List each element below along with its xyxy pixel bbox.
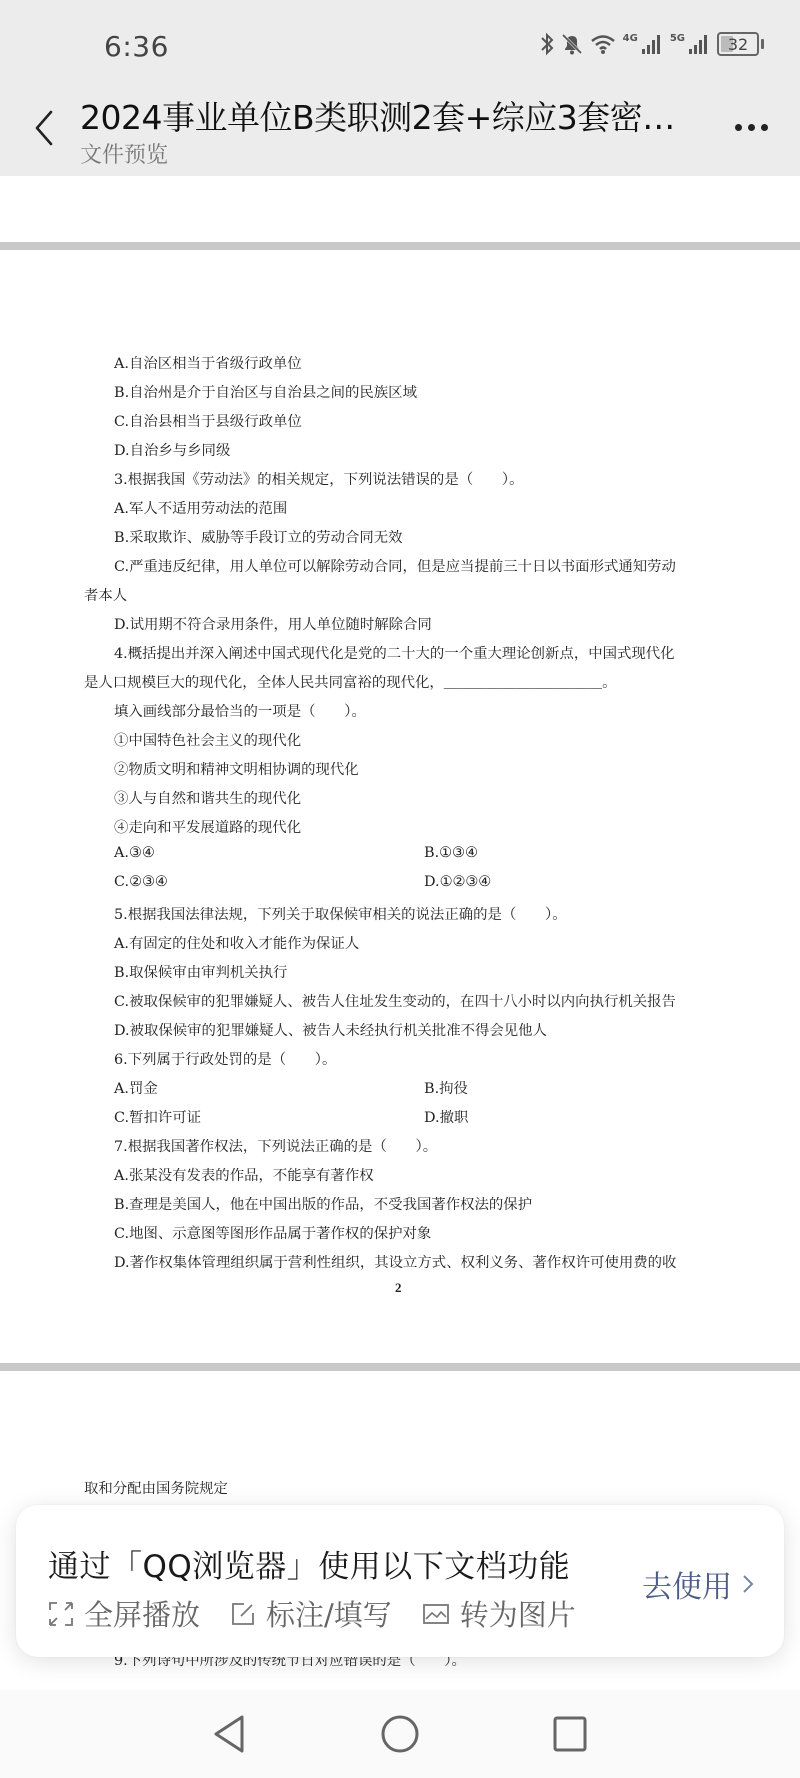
more-dot [761, 124, 768, 131]
document-line: B.①③④ [424, 845, 478, 861]
back-button[interactable] [24, 104, 64, 152]
document-line: A.军人不适用劳动法的范围 [114, 497, 287, 518]
document-line: C.被取保候审的犯罪嫌疑人、被告人住址发生变动的，在四十八小时以内向执行机关报告 [114, 990, 676, 1011]
document-line: D.著作权集体管理组织属于营利性组织，其设立方式、权利义务、著作权许可使用费的收 [114, 1251, 676, 1272]
chevron-left-icon [33, 109, 55, 147]
signal-4g-icon [641, 33, 663, 55]
page-separator [0, 242, 800, 250]
document-line: A.自治区相当于省级行政单位 [114, 352, 302, 373]
chevron-right-icon [742, 1574, 754, 1594]
more-horizontal-icon [735, 124, 742, 131]
battery-level: 32 [728, 35, 748, 54]
document-line: B.拘役 [424, 1077, 468, 1098]
document-line: B.查理是美国人，他在中国出版的作品，不受我国著作权法的保护 [114, 1193, 532, 1214]
document-line: 取和分配由国务院规定 [84, 1477, 228, 1498]
document-line: D.①②③④ [424, 874, 491, 890]
page-number: 2 [395, 1280, 402, 1296]
system-nav-bar [0, 1690, 800, 1778]
document-line: 7.根据我国著作权法，下列说法正确的是（ ）。 [114, 1135, 437, 1156]
document-line: D.自治乡与乡同级 [114, 439, 230, 460]
document-line: 者本人 [84, 584, 127, 605]
more-dot [748, 124, 755, 131]
battery-icon: 32 [717, 32, 759, 56]
back-triangle-icon [212, 1714, 248, 1754]
document-line: B.自治州是介于自治区与自治县之间的民族区域 [114, 381, 417, 402]
document-page-1-tail [0, 176, 800, 242]
nav-recents-button[interactable] [540, 1706, 600, 1762]
document-line: 填入画线部分最恰当的一项是（ ）。 [114, 700, 366, 721]
document-line: B.采取欺诈、威胁等手段订立的劳动合同无效 [114, 526, 403, 547]
document-subtitle: 文件预览 [80, 138, 168, 169]
bluetooth-icon [540, 32, 554, 56]
top-bar: 6:36 4G 5G 32 2024事业单位B类职测2套+综应3套密… 文件预览 [0, 0, 800, 176]
document-line: D.撤职 [424, 1106, 468, 1127]
document-line: B.取保候审由审判机关执行 [114, 961, 287, 982]
document-title: 2024事业单位B类职测2套+综应3套密… [80, 92, 680, 139]
nav-home-button[interactable] [370, 1706, 430, 1762]
banner-features: 全屏播放 标注/填写 转为图片 [48, 1593, 576, 1634]
wifi-icon [590, 33, 616, 55]
document-line: 5.根据我国法律法规，下列关于取保候审相关的说法正确的是（ ）。 [114, 903, 567, 924]
feature-fullscreen[interactable]: 全屏播放 [48, 1593, 200, 1634]
document-line: 是人口规模巨大的现代化，全体人民共同富裕的现代化，＿＿＿＿＿＿＿＿＿＿＿。 [84, 671, 616, 692]
feature-to-image[interactable]: 转为图片 [422, 1593, 576, 1634]
document-line: C.②③④ [114, 874, 168, 890]
feature-annotate[interactable]: 标注/填写 [230, 1593, 392, 1634]
document-line: A.张某没有发表的作品，不能享有著作权 [114, 1164, 374, 1185]
signal-5g-icon [688, 33, 710, 55]
status-time: 6:36 [104, 30, 169, 63]
mute-bell-icon [561, 32, 583, 56]
document-line: D.被取保候审的犯罪嫌疑人、被告人未经执行机关批准不得会见他人 [114, 1019, 547, 1040]
nav-back-button[interactable] [200, 1706, 260, 1762]
document-line: ②物质文明和精神文明相协调的现代化 [114, 758, 359, 779]
document-line: ④走向和平发展道路的现代化 [114, 816, 301, 837]
document-line: C.暂扣许可证 [114, 1106, 201, 1127]
fullscreen-icon [48, 1601, 74, 1627]
document-line: ③人与自然和谐共生的现代化 [114, 787, 301, 808]
feature-label: 转为图片 [460, 1593, 576, 1634]
page-separator [0, 1363, 800, 1371]
image-icon [422, 1602, 450, 1626]
document-line: A.罚金 [114, 1077, 158, 1098]
go-use-label: 去使用 [642, 1562, 732, 1606]
qq-browser-banner[interactable]: 通过「QQ浏览器」使用以下文档功能 全屏播放 标注/填写 转为图片 去使用 [16, 1505, 784, 1657]
document-line: 4.概括提出并深入阐述中国式现代化是党的二十大的一个重大理论创新点，中国式现代化 [114, 642, 675, 663]
feature-label: 全屏播放 [84, 1593, 200, 1634]
recents-square-icon [552, 1715, 588, 1753]
banner-title: 通过「QQ浏览器」使用以下文档功能 [48, 1541, 570, 1586]
document-line: 6.下列属于行政处罚的是（ ）。 [114, 1048, 336, 1069]
document-line: 3.根据我国《劳动法》的相关规定，下列说法错误的是（ ）。 [114, 468, 523, 489]
document-line: C.自治县相当于县级行政单位 [114, 410, 302, 431]
document-line: ①中国特色社会主义的现代化 [114, 729, 301, 750]
home-circle-icon [380, 1714, 420, 1754]
edit-annotate-icon [230, 1601, 256, 1627]
battery-tip [761, 39, 764, 49]
document-line: D.试用期不符合录用条件，用人单位随时解除合同 [114, 613, 432, 634]
more-options-button[interactable] [729, 118, 774, 137]
document-line: A.有固定的住处和收入才能作为保证人 [114, 932, 359, 953]
document-line: A.③④ [114, 845, 155, 861]
feature-label: 标注/填写 [266, 1593, 392, 1634]
sim2-label: 5G [670, 33, 685, 44]
sim1-label: 4G [623, 33, 638, 44]
go-use-button[interactable]: 去使用 [642, 1562, 754, 1606]
document-line: C.严重违反纪律，用人单位可以解除劳动合同，但是应当提前三十日以书面形式通知劳动 [114, 555, 676, 576]
document-line: C.地图、示意图等图形作品属于著作权的保护对象 [114, 1222, 431, 1243]
status-icons: 4G 5G 32 [540, 32, 764, 56]
